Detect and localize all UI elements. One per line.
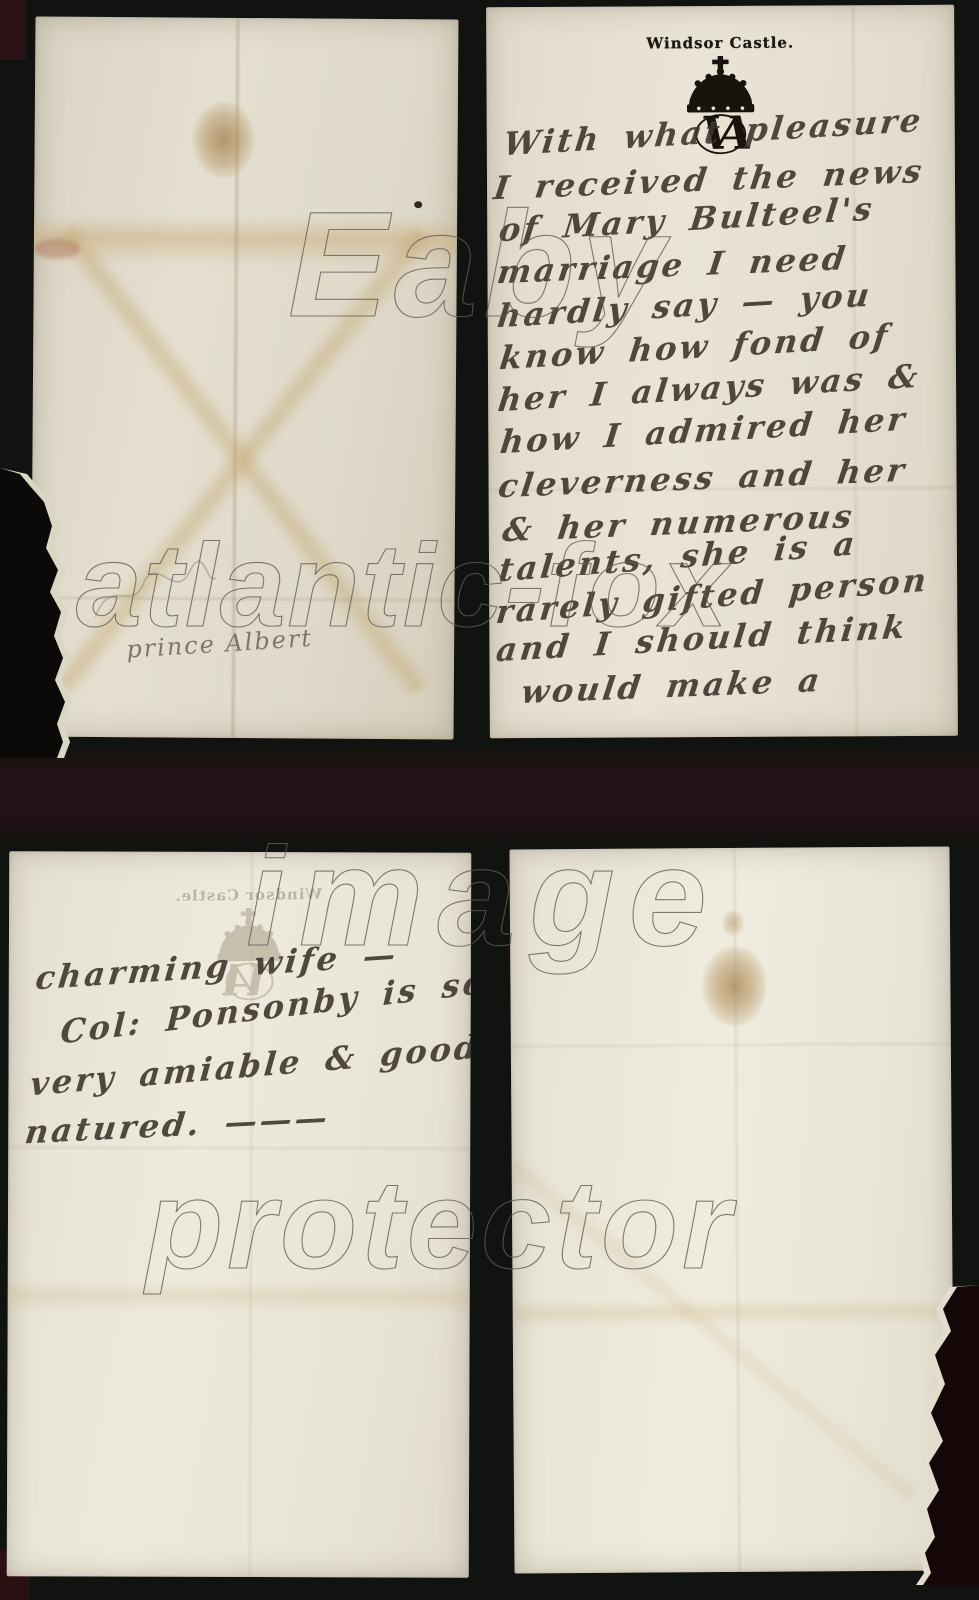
torn-gap	[905, 1285, 979, 1585]
torn-edge	[0, 468, 92, 758]
fold-crease	[513, 1298, 953, 1327]
letter-page-front-blank: prince Albert	[30, 17, 458, 740]
red-smudge	[34, 239, 80, 259]
dark-speck	[414, 201, 422, 208]
letter-page-back-blank	[509, 846, 954, 1573]
background-band	[0, 750, 979, 842]
ink-stain	[192, 102, 255, 178]
torn-corner	[905, 1285, 979, 1585]
torn-gap	[0, 468, 92, 758]
background-red-corner	[0, 0, 26, 60]
ink-stain	[702, 946, 767, 1026]
fold-crease	[509, 1155, 921, 1506]
letter-page-text-2: Windsor Castle. V A charming wife — Col:…	[7, 851, 472, 1578]
fold-crease	[511, 1042, 951, 1047]
fold-crease	[34, 215, 457, 268]
letter-line: would make a	[519, 661, 825, 711]
letterhead-text: Windsor Castle.	[486, 33, 954, 53]
ink-stain	[722, 910, 744, 936]
letter-page-text-1: Windsor Castle. V A With what pleas	[486, 5, 958, 738]
letterhead-text-mirrored: Windsor Castle.	[128, 884, 368, 905]
fold-crease	[8, 1281, 470, 1313]
pencil-annotation: prince Albert	[125, 624, 313, 664]
pencil-scribble	[89, 557, 219, 628]
letter-photo: prince Albert Windsor Castle.	[0, 0, 979, 1600]
letter-line: natured. ———	[23, 1098, 332, 1151]
